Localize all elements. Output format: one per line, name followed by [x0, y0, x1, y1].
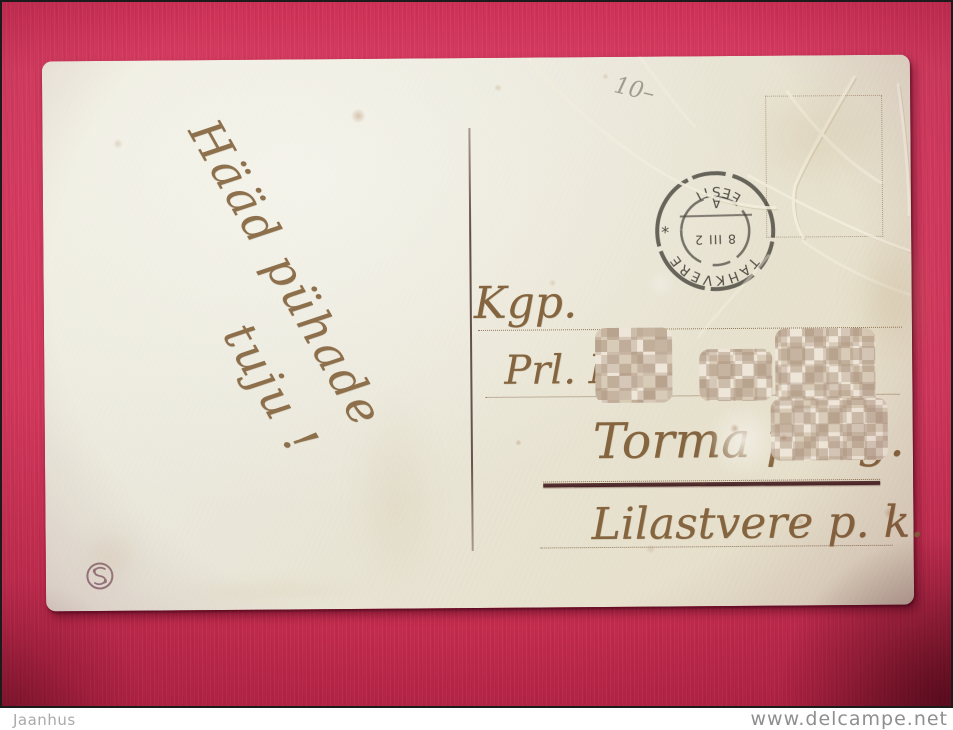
- handwritten-greeting: Hääd pühade tuju !: [117, 110, 431, 537]
- watermark-seller: Jaanhus: [13, 711, 76, 729]
- blurred-smudge: [704, 404, 783, 477]
- address-divider-line: [468, 128, 473, 551]
- censored-region: [771, 398, 888, 461]
- screenshot: Hääd pühade tuju ! 10–: [0, 0, 953, 730]
- stain: [515, 440, 522, 446]
- blurred-smudge: [644, 270, 678, 296]
- stain: [602, 73, 609, 80]
- publisher-monogram-icon: [85, 561, 115, 591]
- stain: [494, 84, 502, 92]
- stain: [112, 139, 123, 149]
- censored-region: [699, 349, 772, 402]
- stain: [350, 109, 366, 123]
- stamp-box-outline: [765, 95, 883, 238]
- postcard-back: Hääd pühade tuju ! 10–: [42, 55, 914, 612]
- address-line-1: Kgp.: [474, 277, 578, 329]
- postmark-date: 8 III 2: [694, 232, 736, 248]
- postmark-letter: A: [712, 194, 722, 209]
- address-rule-3: [543, 479, 880, 488]
- address-line-4: Lilastvere p. k.: [591, 497, 924, 551]
- watermark-site: www.delcampe.net: [750, 708, 948, 730]
- postmark-star-icon: *: [661, 218, 670, 237]
- watermark-strip: Jaanhus www.delcampe.net: [0, 708, 953, 730]
- pencil-note: 10–: [612, 72, 658, 107]
- photo-red-mat: Hääd pühade tuju ! 10–: [0, 0, 953, 708]
- postmark-town: TAHKVERE: [665, 250, 763, 291]
- censored-region: [775, 328, 876, 407]
- svg-text:TAHKVERE: TAHKVERE: [665, 250, 763, 291]
- censored-region: [595, 327, 673, 403]
- water-stain: [166, 577, 386, 605]
